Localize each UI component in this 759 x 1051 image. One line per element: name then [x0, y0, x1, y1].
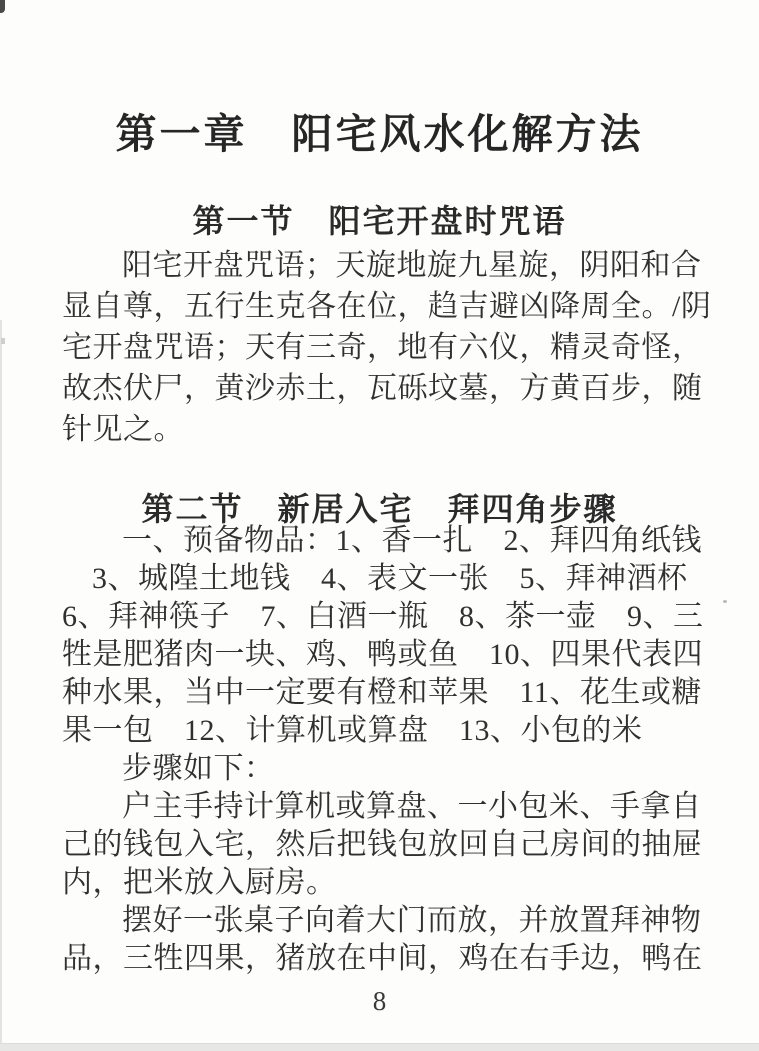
- text-line: 己的钱包入宅，然后把钱包放回自己房间的抽屉: [62, 826, 704, 864]
- section-1-heading: 第一节 阳宅开盘时咒语: [0, 201, 759, 241]
- text-line: 牲是肥猪肉一块、鸡、鸭或鱼 10、四果代表四: [62, 636, 704, 674]
- text-line: 步骤如下：: [62, 750, 704, 788]
- text-line: 摆好一张桌子向着大门而放，并放置拜神物: [62, 902, 704, 940]
- text-line: 阳宅开盘咒语；天旋地旋九星旋，阴阳和合: [62, 245, 704, 286]
- scan-speck: [723, 600, 727, 603]
- text-line: 内，把米放入厨房。: [62, 864, 704, 902]
- scan-edge-line: [0, 320, 2, 1051]
- text-line: 种水果，当中一定要有橙和苹果 11、花生或糖: [62, 674, 704, 712]
- text-line: 6、拜神筷子 7、白酒一瓶 8、茶一壶 9、三: [62, 598, 704, 636]
- text-line: 宅开盘咒语；天有三奇，地有六仪，精灵奇怪，: [62, 327, 704, 368]
- page-number: 8: [0, 986, 759, 1017]
- text-line: 一、预备物品：1、香一扎 2、拜四角纸钱: [62, 522, 704, 560]
- scan-speck: [1, 338, 5, 344]
- section-2-body: 一、预备物品：1、香一扎 2、拜四角纸钱 3、城隍土地钱 4、表文一张 5、拜神…: [62, 522, 704, 978]
- scanned-book-page: 第一章 阳宅风水化解方法 第一节 阳宅开盘时咒语 阳宅开盘咒语；天旋地旋九星旋，…: [0, 0, 759, 1051]
- text-line: 果一包 12、计算机或算盘 13、小包的米: [62, 712, 704, 750]
- text-line: 针见之。: [62, 409, 704, 450]
- section-1-body: 阳宅开盘咒语；天旋地旋九星旋，阴阳和合 显自尊，五行生克各在位，趋吉避凶降周全。…: [62, 245, 704, 450]
- scan-bottom-artifact: [0, 1043, 759, 1051]
- text-line: 故杰伏尸，黄沙赤土，瓦砾坟墓，方黄百步，随: [62, 368, 704, 409]
- text-line: 显自尊，五行生克各在位，趋吉避凶降周全。/阴: [62, 286, 704, 327]
- text-line: 3、城隍土地钱 4、表文一张 5、拜神酒杯: [62, 560, 704, 598]
- scan-corner-artifact: [0, 0, 5, 13]
- text-line: 品，三牲四果，猪放在中间，鸡在右手边，鸭在: [62, 940, 704, 978]
- text-line: 户主手持计算机或算盘、一小包米、手拿自: [62, 788, 704, 826]
- chapter-title: 第一章 阳宅风水化解方法: [0, 109, 759, 159]
